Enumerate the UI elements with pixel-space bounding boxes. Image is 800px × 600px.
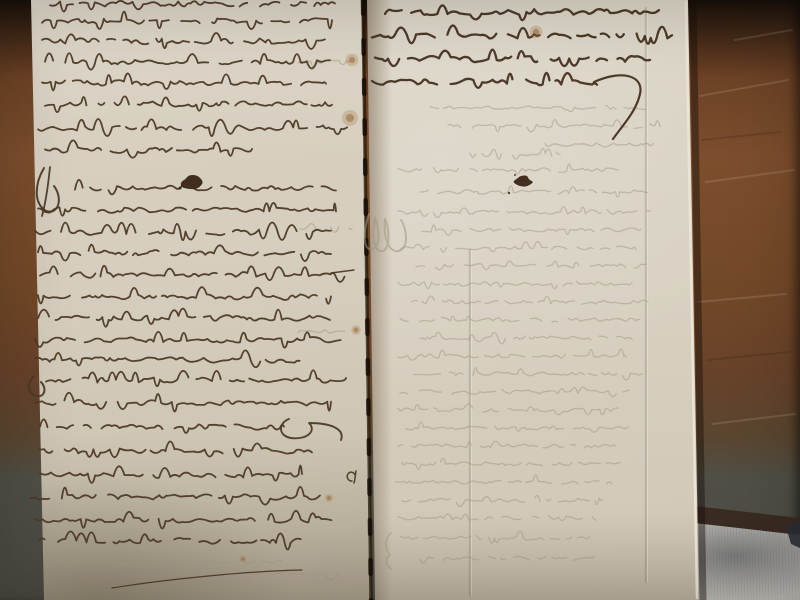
- right-page-ink: [372, 5, 672, 139]
- wood-scratches: [698, 30, 795, 424]
- ink-blots: [179, 174, 534, 194]
- paper-stains: [240, 26, 543, 563]
- left-page-ink: [29, 1, 356, 588]
- photo-of-manuscript: [0, 0, 800, 600]
- handwriting-layer: [0, 0, 800, 600]
